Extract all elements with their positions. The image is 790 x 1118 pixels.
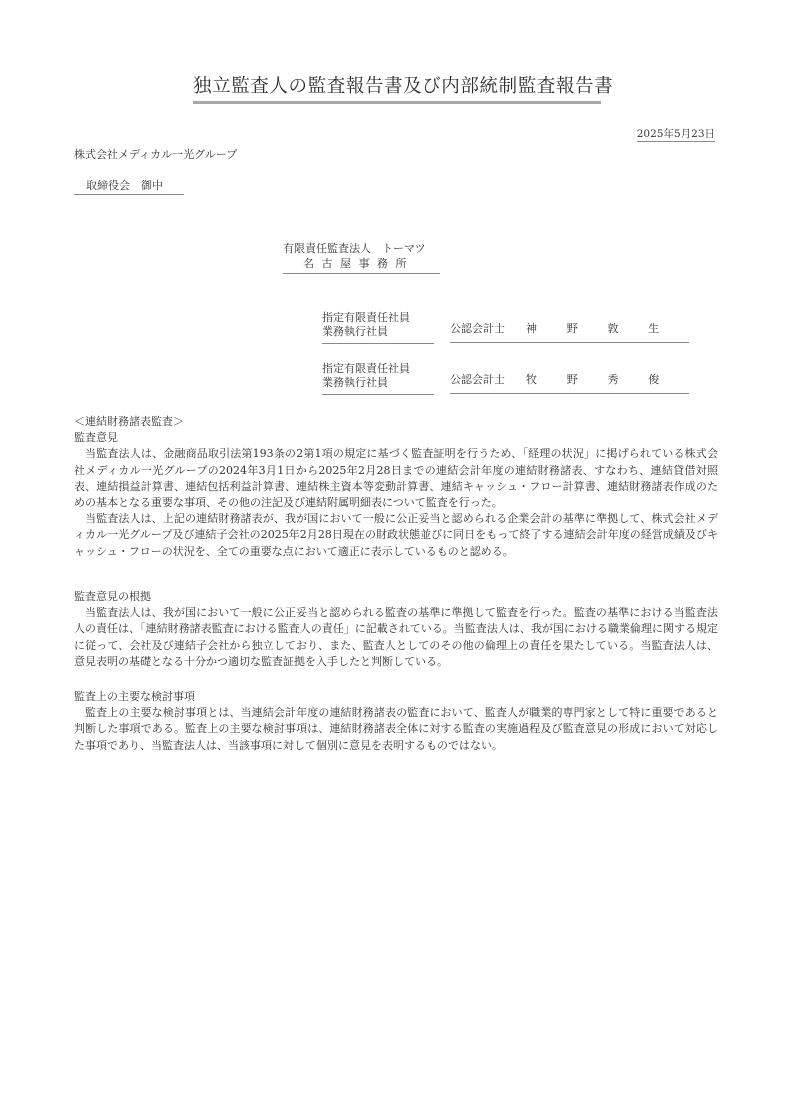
basis-paragraph: 当監査法人は、我が国において一般に公正妥当と認められる監査の基準に準拠して監査を… (74, 605, 718, 670)
company-name: 株式会社メディカル一光グループ (74, 146, 237, 162)
signer-name-char: 生 (648, 320, 689, 336)
opinion-paragraph: 当監査法人は、上記の連結財務諸表が、我が国において一般に公正妥当と認められる企業… (74, 511, 718, 560)
signer-role-line2: 業務執行社員 (322, 376, 434, 390)
report-date: 2025年5月23日 (637, 126, 715, 142)
audit-firm-office: 名古屋事務所 (283, 256, 440, 271)
signer-name-char: 野 (567, 320, 608, 336)
signer-2-name: 公認会計士 牧 野 秀 俊 (450, 371, 689, 394)
signer-role-line1: 指定有限責任社員 (322, 362, 434, 376)
signer-title: 公認会計士 (450, 371, 526, 387)
opinion-paragraph: 当監査法人は、金融商品取引法第193条の2第1項の規定に基づく監査証明を行うため… (74, 446, 718, 511)
signer-1-role: 指定有限責任社員 業務執行社員 (322, 311, 434, 344)
kam-heading: 監査上の主要な検討事項 (74, 689, 718, 705)
signer-1-name: 公認会計士 神 野 敦 生 (450, 320, 689, 343)
addressee: 取締役会 御中 (74, 177, 184, 195)
signer-role-line1: 指定有限責任社員 (322, 311, 434, 325)
signer-name-char: 敦 (608, 320, 649, 336)
kam-paragraph: 監査上の主要な検討事項とは、当連結会計年度の連結財務諸表の監査において、監査人が… (74, 705, 718, 754)
signer-2-role: 指定有限責任社員 業務執行社員 (322, 362, 434, 395)
signer-name-char: 俊 (648, 371, 689, 387)
audit-firm-block: 有限責任監査法人 トーマツ 名古屋事務所 (283, 241, 440, 274)
section-key-audit-matters: 監査上の主要な検討事項 監査上の主要な検討事項とは、当連結会計年度の連結財務諸表… (74, 689, 718, 754)
signer-name-char: 牧 (526, 371, 567, 387)
signer-name-char: 野 (567, 371, 608, 387)
signer-name-char: 秀 (608, 371, 649, 387)
basis-heading: 監査意見の根拠 (74, 589, 718, 605)
document-title: 独立監査人の監査報告書及び内部統制監査報告書 (193, 72, 601, 104)
signer-name-char: 神 (526, 320, 567, 336)
signer-title: 公認会計士 (450, 320, 526, 336)
section-opinion: ＜連結財務諸表監査＞ 監査意見 当監査法人は、金融商品取引法第193条の2第1項… (74, 414, 718, 560)
signer-role-line2: 業務執行社員 (322, 325, 434, 339)
section-basis: 監査意見の根拠 当監査法人は、我が国において一般に公正妥当と認められる監査の基準… (74, 589, 718, 670)
opinion-heading: 監査意見 (74, 430, 718, 446)
audit-firm-name: 有限責任監査法人 トーマツ (283, 241, 440, 256)
consolidated-audit-header: ＜連結財務諸表監査＞ (74, 414, 718, 430)
